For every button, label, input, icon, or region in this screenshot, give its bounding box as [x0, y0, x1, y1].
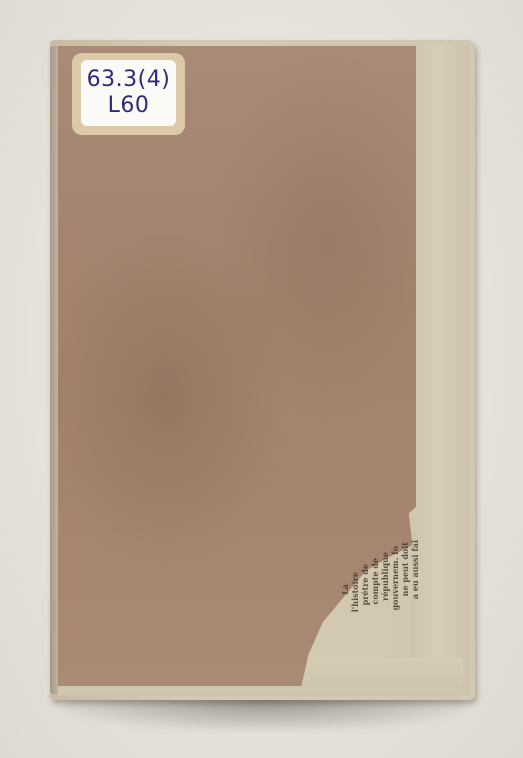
shelf-mark-line-1: 63.3(4) — [87, 67, 171, 93]
shelf-mark-line-2: L60 — [108, 93, 150, 119]
print-line: La — [340, 584, 350, 595]
print-line: prétre de — [360, 564, 370, 605]
print-line: république — [380, 552, 390, 601]
shelf-label: 63.3(4) L60 — [72, 53, 185, 135]
print-line: compte de — [370, 558, 380, 605]
spine-edge — [50, 46, 58, 694]
printed-text-fragment: La l'histoire prétre de compte de républ… — [338, 540, 428, 630]
print-line: gouvernem. fo — [390, 546, 400, 610]
shelf-label-inner: 63.3(4) L60 — [81, 60, 176, 126]
print-line: ne peut doit — [400, 542, 410, 596]
print-line: a eu aussi fai — [410, 540, 420, 599]
print-line: l'histoire — [350, 572, 360, 612]
